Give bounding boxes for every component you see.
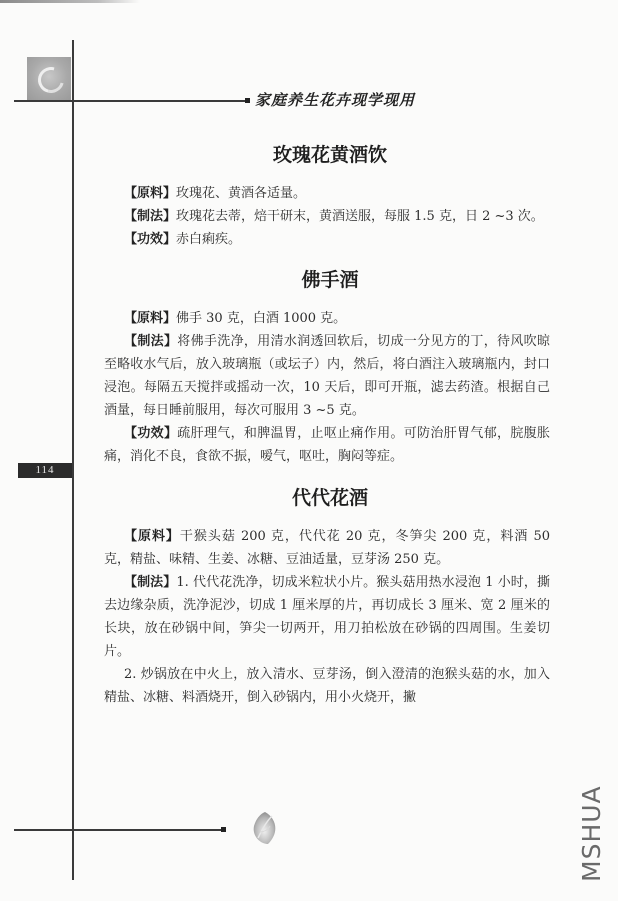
footer-rule-bullet <box>221 827 226 832</box>
header-rule <box>14 100 246 102</box>
recipe-section-method: 【制法】玫瑰花去蒂，焙干研末，黄酒送服，每服 1.5 克，日 2 ~3 次。 <box>104 205 550 228</box>
section-text: 赤白痢疾。 <box>176 232 241 247</box>
footer-rule <box>14 829 222 831</box>
recipe-section-effect: 【功效】疏肝理气，和脾温胃，止呕止痛作用。可防治肝胃气郁，脘腹胀痛，消化不良，食… <box>104 422 550 468</box>
section-text: 玫瑰花去蒂，焙干研末，黄酒送服，每服 1.5 克，日 2 ~3 次。 <box>176 209 544 224</box>
section-label: 【制法】 <box>124 575 176 590</box>
page-content: 玫瑰花黄酒饮 【原料】玫瑰花、黄酒各适量。 【制法】玫瑰花去蒂，焙干研末，黄酒送… <box>104 140 550 709</box>
recipe-section-effect: 【功效】赤白痢疾。 <box>104 228 550 251</box>
section-label: 【功效】 <box>124 232 176 247</box>
page-number: 114 <box>18 463 72 478</box>
section-label: 【原料】 <box>124 311 176 326</box>
recipe-section-method: 【制法】将佛手洗净，用清水润透回软后，切成一分见方的丁，待风吹晾至略收水气后，放… <box>104 330 550 422</box>
recipe-finger-citron-wine: 佛手酒 【原料】佛手 30 克，白酒 1000 克。 【制法】将佛手洗净，用清水… <box>104 265 550 468</box>
vertical-rule <box>72 40 74 880</box>
recipe-section-ingredients: 【原料】玫瑰花、黄酒各适量。 <box>104 182 550 205</box>
recipe-section-method-step2: 2. 炒锅放在中火上，放入清水、豆芽汤，倒入澄清的泡猴头菇的水，加入精盐、冰糖、… <box>104 663 550 709</box>
section-label: 【功效】 <box>124 426 177 441</box>
recipe-rose-yellow-wine: 玫瑰花黄酒饮 【原料】玫瑰花、黄酒各适量。 【制法】玫瑰花去蒂，焙干研末，黄酒送… <box>104 140 550 251</box>
section-label: 【制法】 <box>124 334 177 349</box>
recipe-daidai-flower-wine: 代代花酒 【原料】干猴头菇 200 克，代代花 20 克，冬笋尖 200 克，料… <box>104 483 550 709</box>
section-text: 佛手 30 克，白酒 1000 克。 <box>176 311 346 326</box>
running-header-title: 家庭养生花卉现学现用 <box>255 89 415 110</box>
recipe-section-ingredients: 【原料】干猴头菇 200 克，代代花 20 克，冬笋尖 200 克，料酒 50 … <box>104 525 550 571</box>
recipe-title: 佛手酒 <box>104 265 550 295</box>
recipe-title: 代代花酒 <box>104 483 550 513</box>
top-edge-shadow <box>0 0 140 3</box>
leaf-ornament-icon <box>250 810 280 846</box>
recipe-title: 玫瑰花黄酒饮 <box>104 140 550 170</box>
watermark-text: MSHUA <box>577 786 607 882</box>
recipe-section-method: 【制法】1. 代代花洗净，切成米粒状小片。猴头菇用热水浸泡 1 小时，撕去边缘杂… <box>104 571 550 663</box>
section-text: 2. 炒锅放在中火上，放入清水、豆芽汤，倒入澄清的泡猴头菇的水，加入精盐、冰糖、… <box>104 667 550 705</box>
corner-emblem-icon <box>27 57 71 100</box>
section-label: 【制法】 <box>124 209 176 224</box>
recipe-section-ingredients: 【原料】佛手 30 克，白酒 1000 克。 <box>104 307 550 330</box>
section-label: 【原料】 <box>124 186 176 201</box>
header-rule-bullet <box>245 98 250 103</box>
section-label: 【原料】 <box>124 529 180 544</box>
swirl-icon <box>33 62 69 98</box>
section-text: 玫瑰花、黄酒各适量。 <box>176 186 306 201</box>
